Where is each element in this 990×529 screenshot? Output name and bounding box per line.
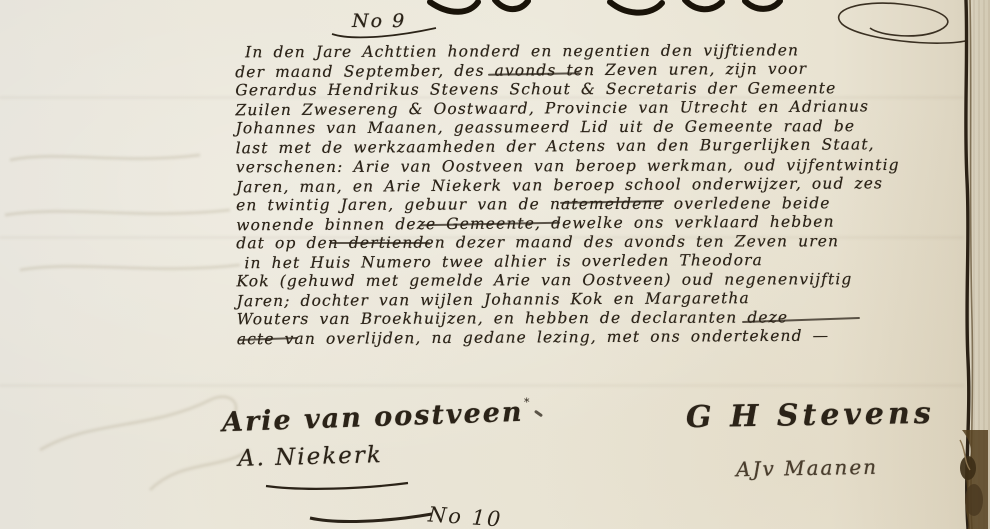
next-act-number: No 10 bbox=[427, 502, 503, 529]
body-line: In den Jare Achttien honderd en negentie… bbox=[235, 41, 969, 63]
bleedthrough-ghost-writing bbox=[0, 120, 260, 520]
ink-flourish-stroke bbox=[330, 242, 430, 244]
scanned-death-record-page: No 9 In den Jare Achttien honderd en neg… bbox=[0, 0, 990, 529]
ink-mark-blot bbox=[534, 410, 543, 418]
next-act-swash bbox=[306, 508, 436, 524]
signature-g-h-stevens: G H Stevens bbox=[686, 396, 935, 435]
body-line: Johannes van Maanen, geassumeerd Lid uit… bbox=[236, 117, 970, 139]
body-line: acte van overlijden, na gedane lezing, m… bbox=[237, 326, 971, 350]
cutoff-script-top bbox=[400, 0, 820, 22]
body-line: Kok (gehuwd met gemelde Arie van Oostvee… bbox=[236, 270, 970, 292]
ink-mark-asterisk: * bbox=[524, 396, 530, 409]
signature-arie-van-oostveen: Arie van oostveen bbox=[222, 397, 524, 439]
signature-underline-flourish bbox=[262, 478, 412, 492]
body-line: verschenen: Arie van Oostveen van beroep… bbox=[236, 155, 970, 177]
act-number-swash bbox=[330, 24, 440, 40]
body-line: Wouters van Broekhuijzen, en hebben de d… bbox=[237, 308, 971, 330]
signature-ajv-maanen: AJv Maanen bbox=[736, 455, 878, 481]
torn-page-edge bbox=[954, 0, 990, 529]
body-line: Gerardus Hendrikus Stevens Schout & Secr… bbox=[235, 79, 969, 101]
body-line: en twintig Jaren, gebuur van de natemeld… bbox=[236, 193, 970, 215]
record-body-text: In den Jare Achttien honderd en negentie… bbox=[235, 40, 971, 350]
signature-a-niekerk: A. Niekerk bbox=[238, 442, 383, 472]
